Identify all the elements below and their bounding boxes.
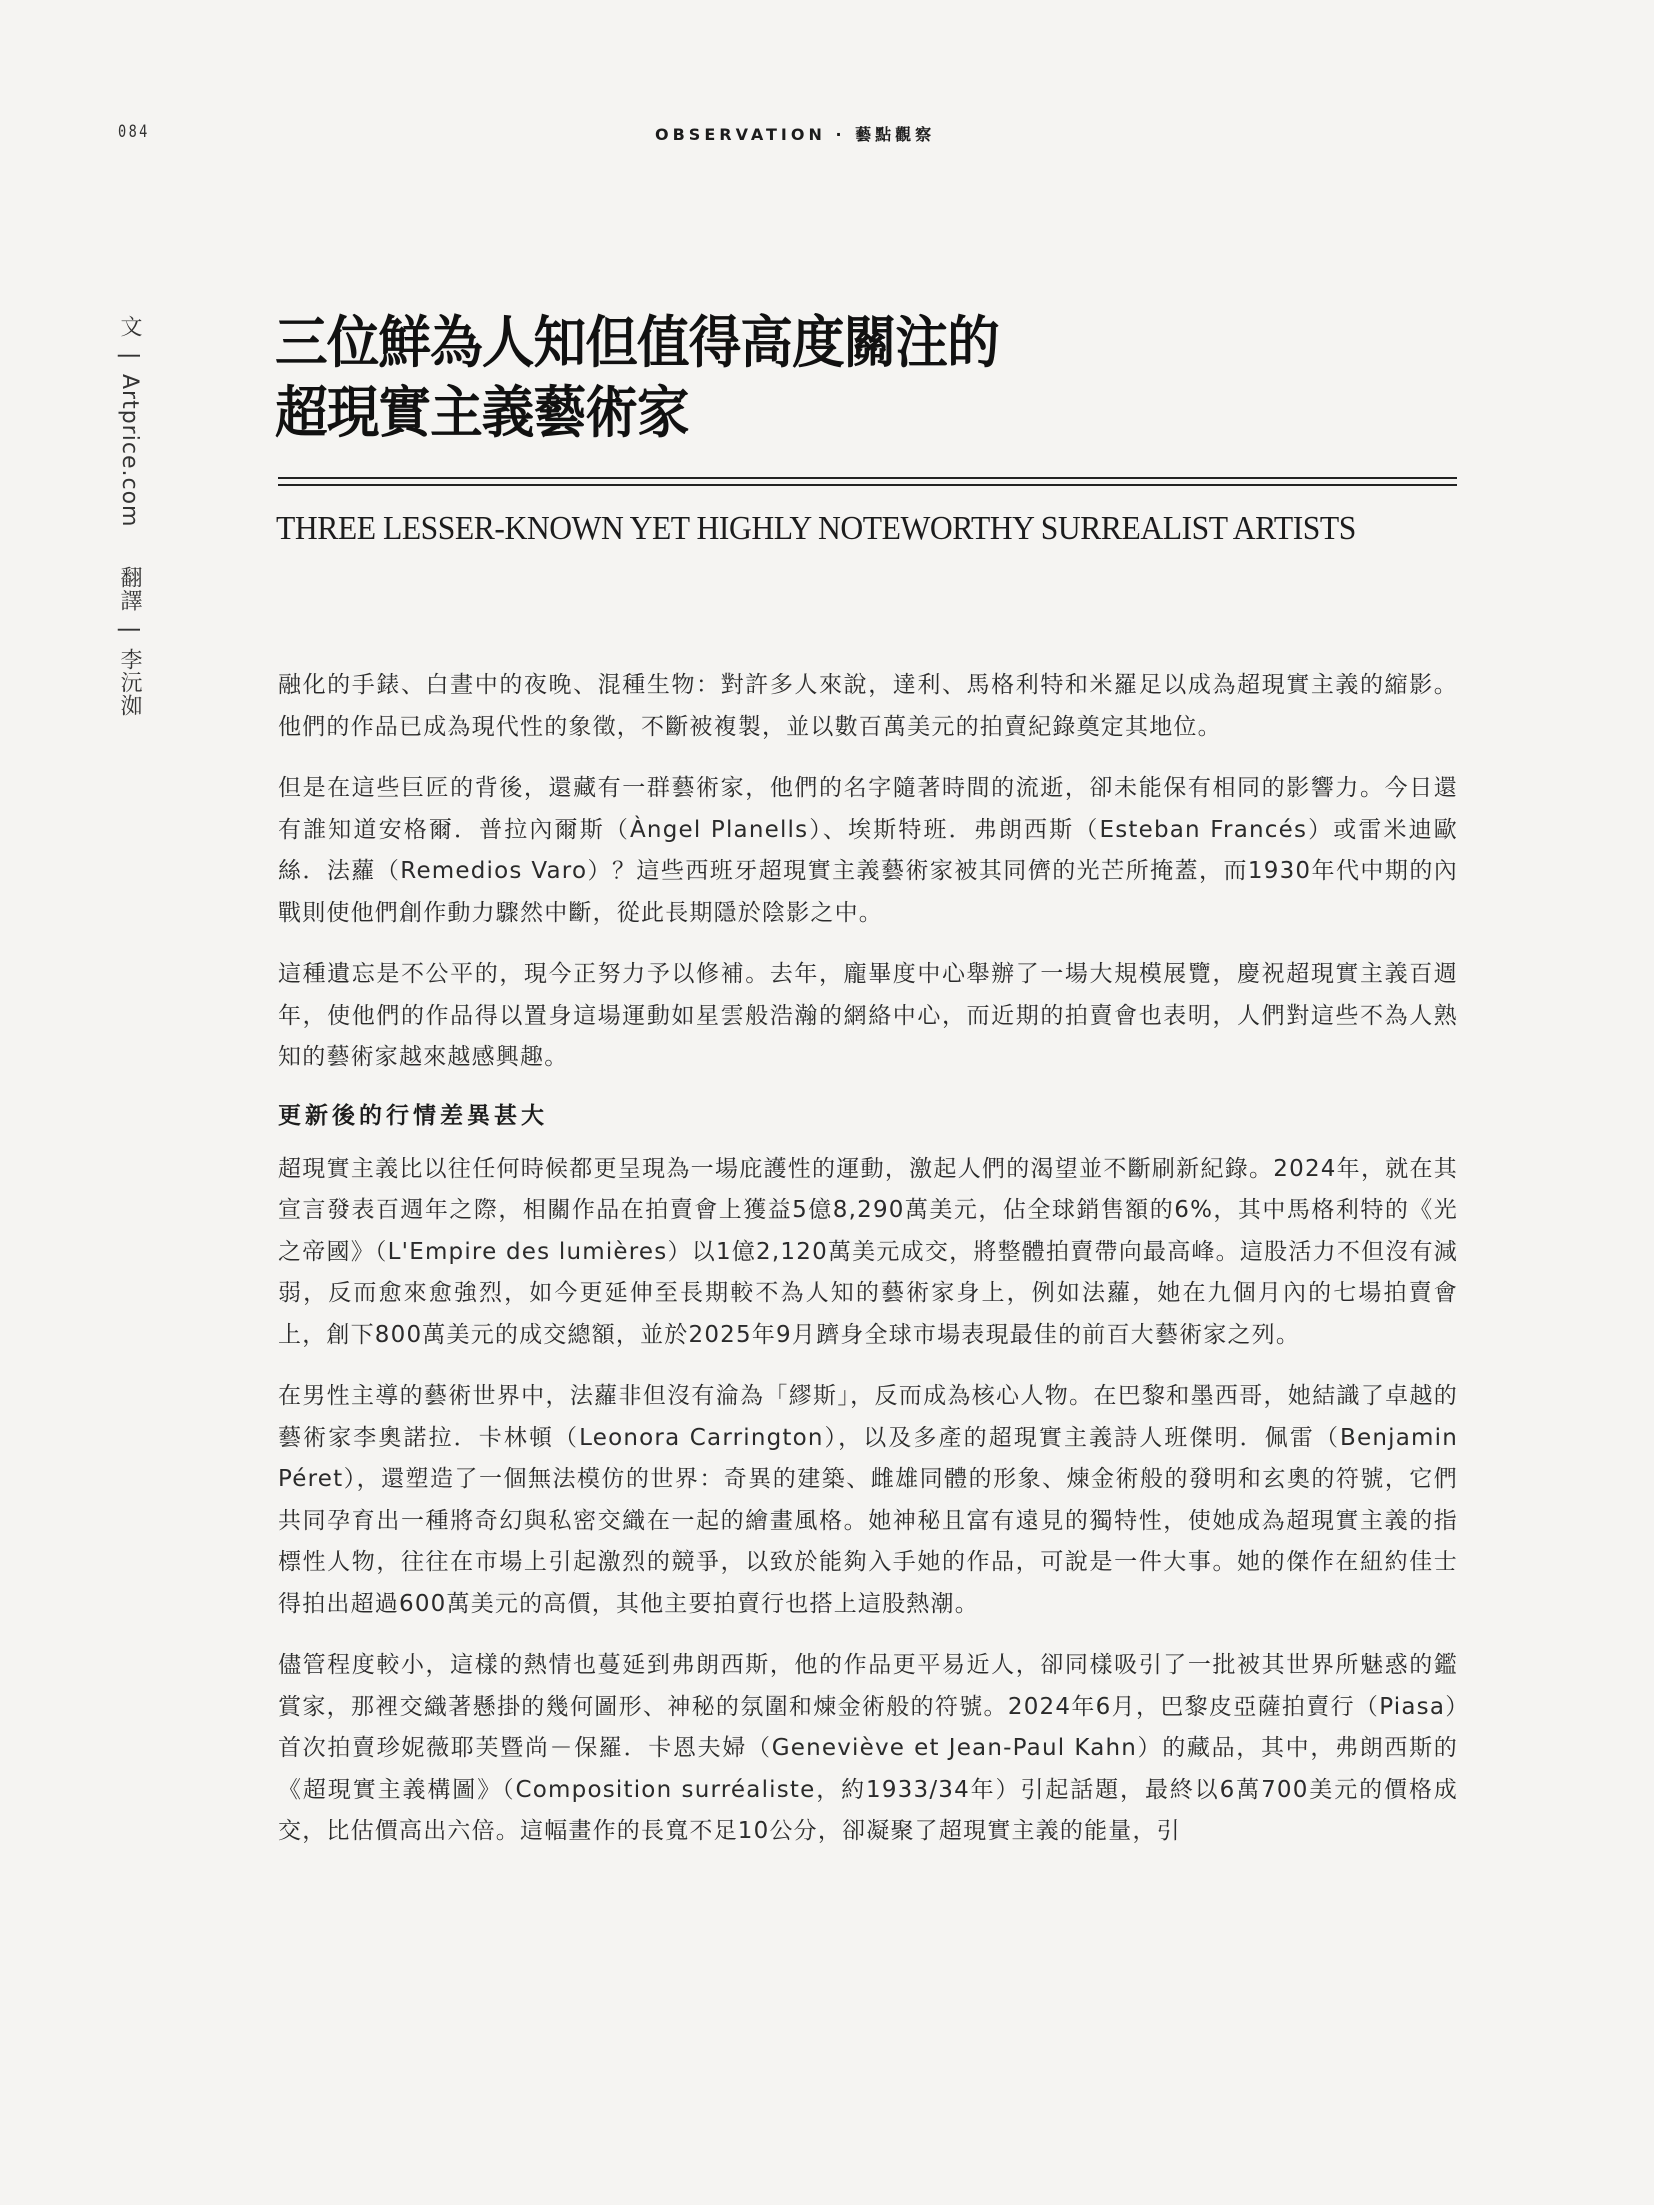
title-divider [278,477,1457,486]
paragraph: 在男性主導的藝術世界中，法蘿非但沒有淪為「繆斯」，反而成為核心人物。在巴黎和墨西… [278,1376,1458,1625]
author-label: 文 [118,315,140,338]
author-name: Artprice.com [118,374,140,527]
article-body: 融化的手錶、白晝中的夜晚、混種生物：對許多人來說，達利、馬格利特和米羅足以成為超… [278,665,1458,1873]
paragraph: 超現實主義比以往任何時候都更呈現為一場庇護性的運動，激起人們的渴望並不斷刷新紀錄… [278,1149,1458,1357]
title-line-1: 三位鮮為人知但值得高度關注的 [275,308,999,378]
paragraph: 儘管程度較小，這樣的熱情也蔓延到弗朗西斯，他的作品更平易近人，卻同樣吸引了一批被… [278,1645,1458,1853]
section-header: OBSERVATION · 藝點觀察 [655,122,935,145]
article-subtitle: THREE LESSER-KNOWN YET HIGHLY NOTEWORTHY… [276,510,1392,547]
paragraph: 但是在這些巨匠的背後，還藏有一群藝術家，他們的名字隨著時間的流逝，卻未能保有相同… [278,768,1458,934]
page-number: 084 [118,122,150,142]
paragraph: 這種遺忘是不公平的，現今正努力予以修補。去年，龐畢度中心舉辦了一場大規模展覽，慶… [278,954,1458,1079]
translator-name: 李沅洳 [118,648,140,717]
paragraph: 融化的手錶、白晝中的夜晚、混種生物：對許多人來說，達利、馬格利特和米羅足以成為超… [278,665,1458,748]
section-heading: 更新後的行情差異甚大 [278,1099,1458,1133]
article-title: 三位鮮為人知但值得高度關注的 超現實主義藝術家 [275,308,999,448]
title-line-2: 超現實主義藝術家 [275,378,999,448]
byline-separator: | [118,352,140,360]
translator-label: 翻譯 [118,566,140,612]
byline-separator-2: | [118,626,140,634]
byline: 文 | Artprice.com 翻譯 | 李沅洳 [118,315,140,717]
